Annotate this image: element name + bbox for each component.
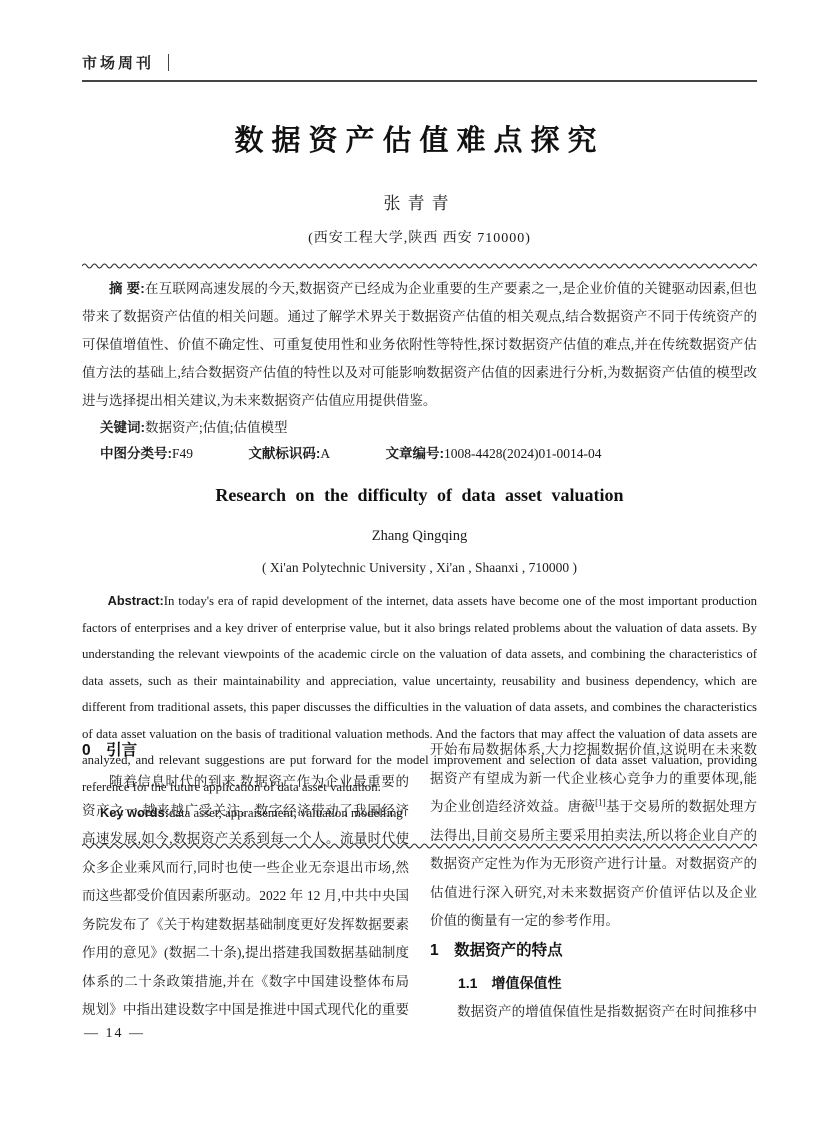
section-0-heading: 0 引言 — [82, 736, 409, 766]
affiliation-zh: (西安工程大学,陕西 西安 710000) — [82, 227, 757, 247]
paragraph-1-1: 数据资产的增值保值性是指数据资产在时间推移中能够保持其价值或者增加其价值的能力。… — [430, 998, 757, 1029]
right-paragraph: 开始布局数据体系,大力挖掘数据价值,这说明在未来数据资产有望成为新一代企业核心竞… — [430, 736, 757, 936]
journal-name: 市场周刊 — [82, 52, 154, 73]
clc-label: 中图分类号: — [100, 446, 172, 461]
section-1-heading: 1 数据资产的特点 — [430, 936, 757, 966]
article-id-label: 文章编号: — [386, 446, 445, 461]
abstract-zh-text: 在互联网高速发展的今天,数据资产已经成为企业重要的生产要素之一,是企业价值的关键… — [82, 281, 757, 408]
section-1-1-heading: 1.1 增值保值性 — [430, 968, 757, 998]
abstract-en-label: Abstract: — [108, 593, 164, 608]
header-divider-bar — [168, 54, 169, 71]
paper-page: 市场周刊 数据资产估值难点探究 张青青 (西安工程大学,陕西 西安 710000… — [0, 0, 833, 1122]
citation-ref-1: [1] — [595, 798, 606, 808]
author-en: Zhang Qingqing — [82, 528, 757, 545]
right-paragraph-part2: 基于交易所的数据处理方法得出,目前交易所主要采用拍卖法,所以将企业自产的数据资产… — [430, 799, 757, 928]
header-rule — [82, 80, 757, 82]
wavy-line — [82, 260, 757, 269]
left-column: 0 引言 随着信息时代的到来,数据资产作为企业最重要的资产之一,越来越广受关注。… — [82, 736, 409, 1028]
body-columns: 0 引言 随着信息时代的到来,数据资产作为企业最重要的资产之一,越来越广受关注。… — [82, 736, 757, 1028]
right-column: 开始布局数据体系,大力挖掘数据价值,这说明在未来数据资产有望成为新一代企业核心竞… — [430, 736, 757, 1028]
article-id-value: 1008-4428(2024)01-0014-04 — [444, 446, 601, 461]
keywords-zh-label: 关键词: — [100, 420, 145, 435]
article-title-zh: 数据资产估值难点探究 — [82, 118, 757, 159]
clc-value: F49 — [172, 446, 193, 461]
affiliation-en: ( Xi'an Polytechnic University , Xi'an ,… — [82, 560, 757, 576]
keywords-zh-line: 关键词:数据资产;估值;估值模型 — [82, 415, 757, 441]
abstract-zh-label: 摘 要: — [109, 281, 145, 296]
intro-paragraph: 随着信息时代的到来,数据资产作为企业最重要的资产之一,越来越广受关注。数字经济带… — [82, 768, 409, 1028]
classification-line: 中图分类号:F49 文献标识码:A 文章编号:1008-4428(2024)01… — [82, 441, 757, 467]
paper-head: 市场周刊 数据资产估值难点探究 张青青 (西安工程大学,陕西 西安 710000… — [82, 0, 757, 849]
doc-code-value: A — [320, 446, 330, 461]
wavy-divider-top — [82, 260, 757, 269]
author-zh: 张青青 — [82, 189, 757, 214]
abstract-zh-block: 摘 要:在互联网高速发展的今天,数据资产已经成为企业重要的生产要素之一,是企业价… — [82, 275, 757, 467]
journal-header: 市场周刊 — [82, 52, 757, 73]
keywords-zh-text: 数据资产;估值;估值模型 — [145, 420, 288, 435]
page-number: — 14 — — [84, 1026, 145, 1042]
article-title-en: Research on the difficulty of data asset… — [82, 485, 757, 506]
doc-code-label: 文献标识码: — [248, 446, 320, 461]
